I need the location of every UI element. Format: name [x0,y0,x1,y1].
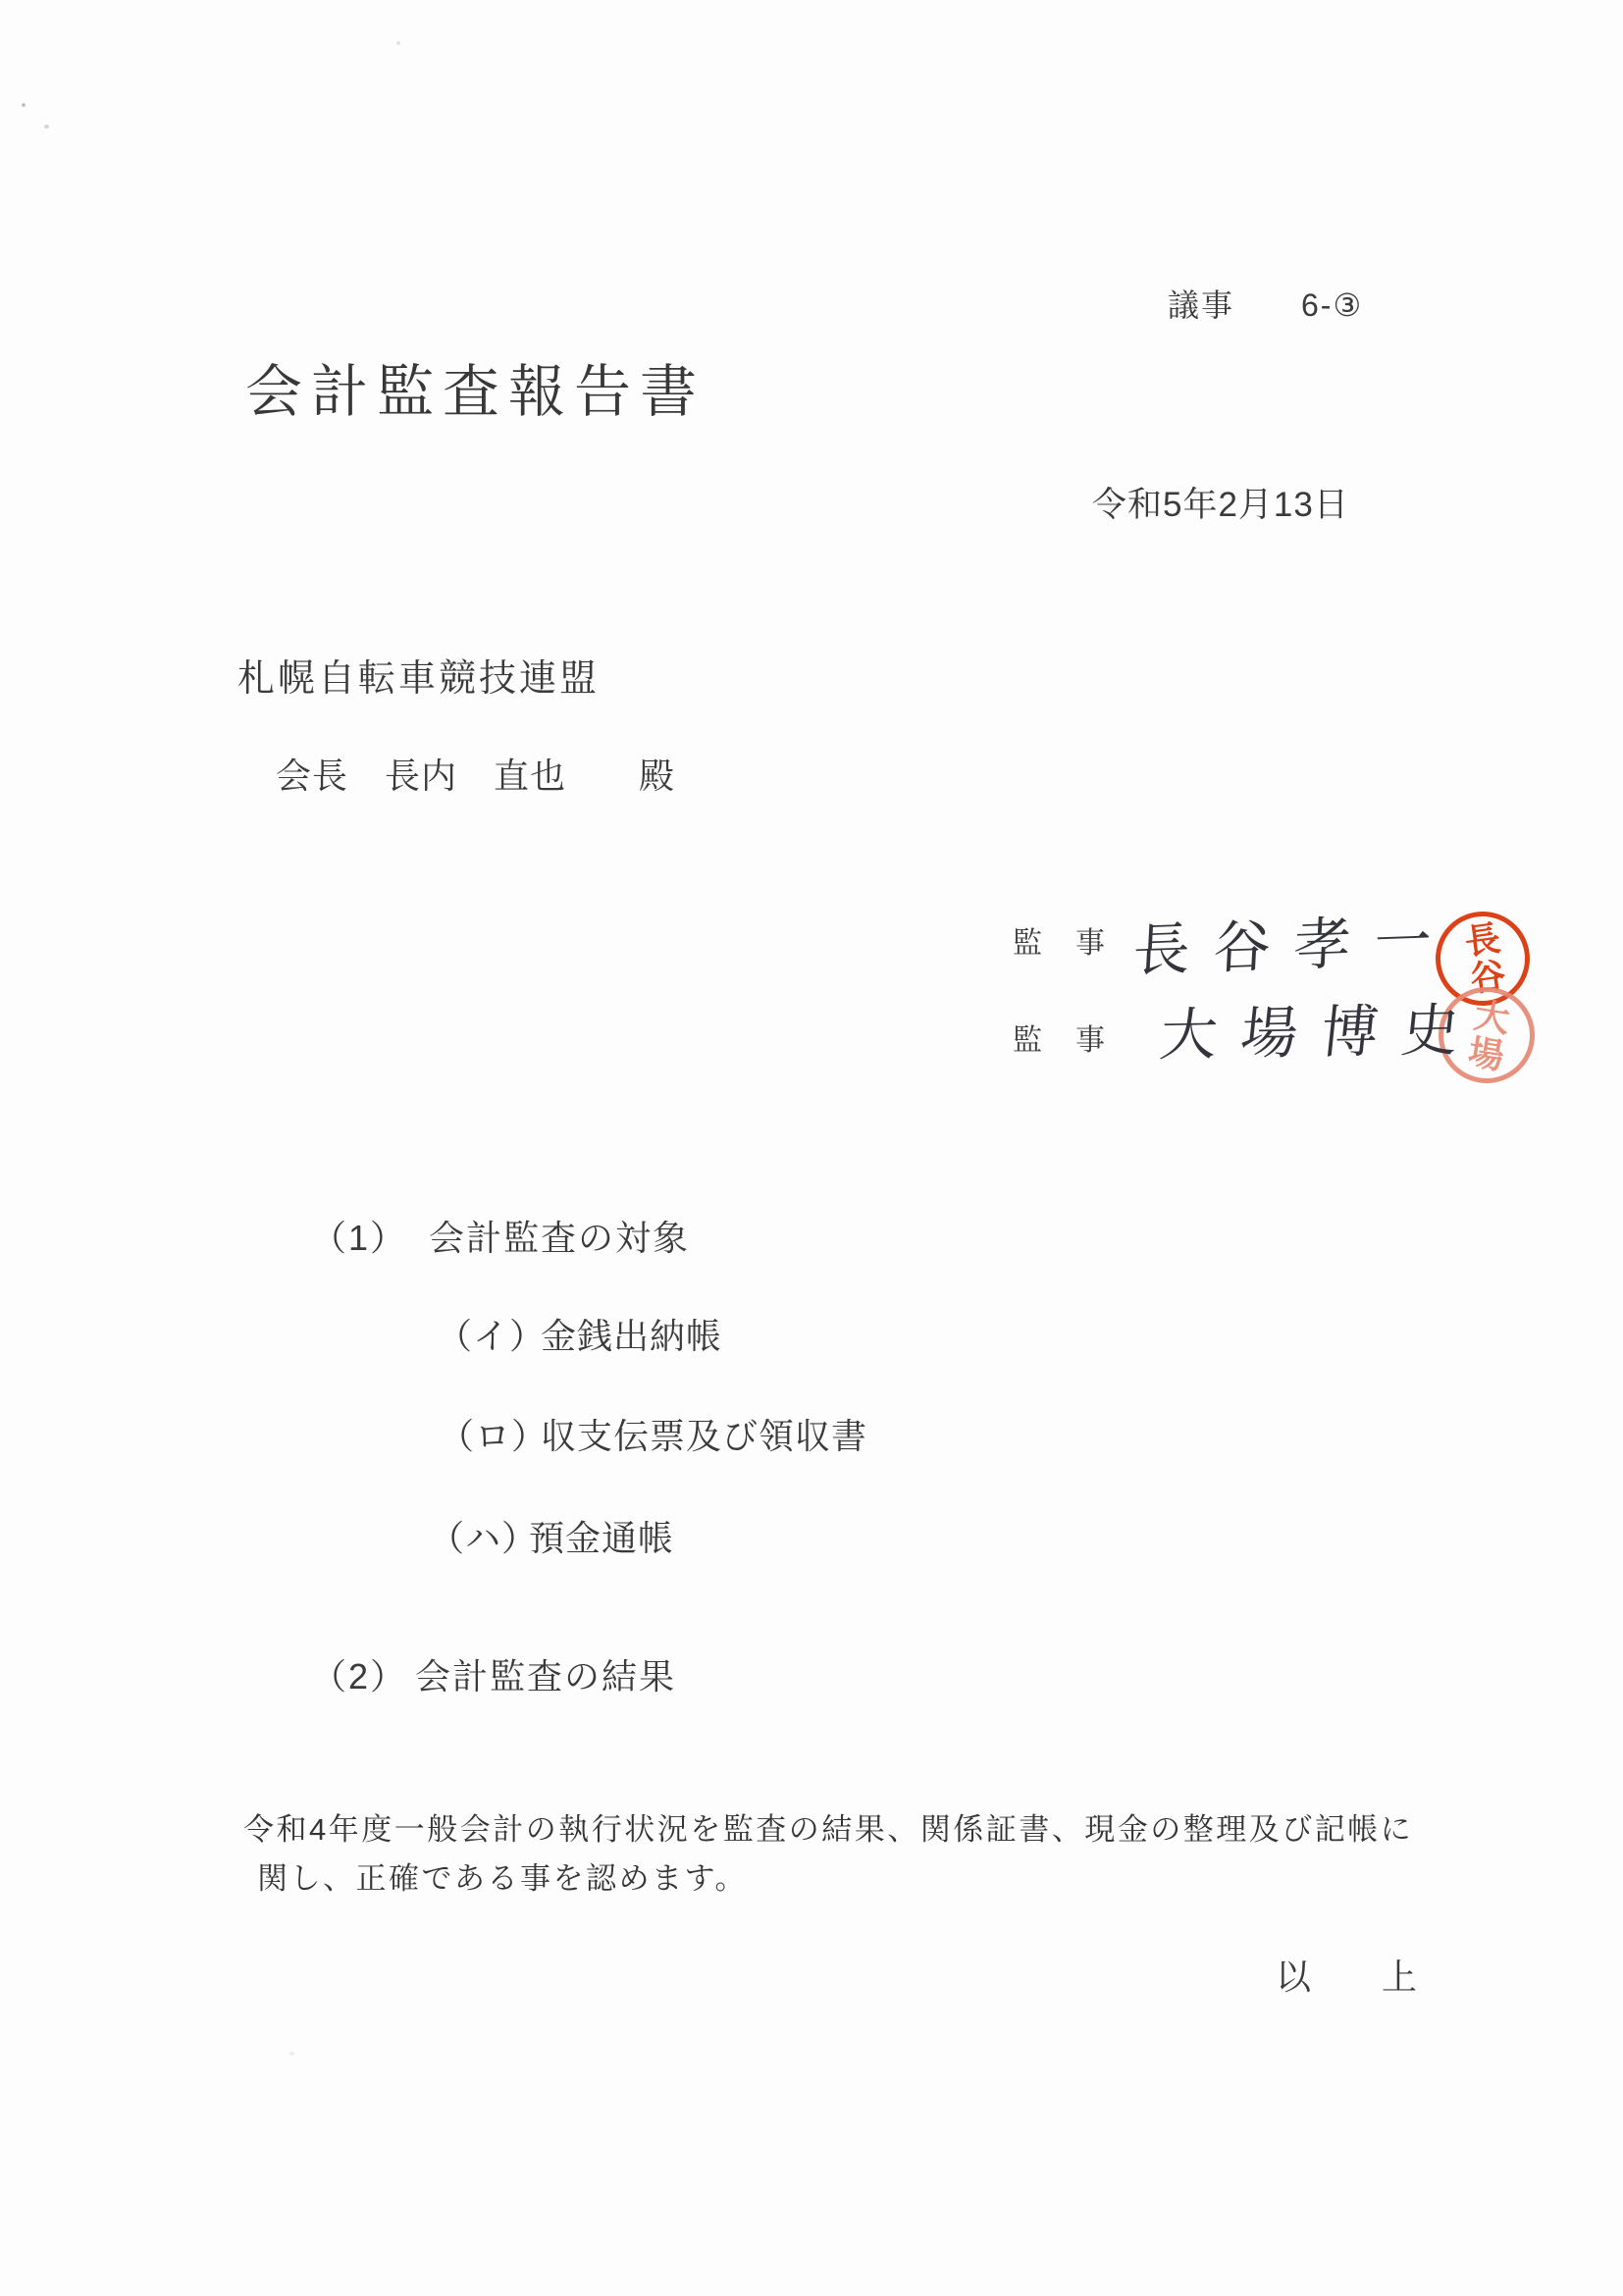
organization-name: 札幌自転車競技連盟 [237,648,600,702]
auditor-signature-2: 大場博史 [1157,983,1488,1071]
audit-item-1-text: 金銭出納帳 [541,1309,722,1359]
result-paragraph-line-1: 令和4年度一般会計の執行状況を監査の結果、関係証書、現金の整理及び記帳に [243,1804,1413,1849]
closing-statement: 以 上 [1276,1950,1417,2000]
doc-reference-number: 議事 6-③ [1168,281,1363,326]
addressee-line: 会長 長内 直也 殿 [276,749,675,799]
scan-speck [289,2052,294,2056]
result-paragraph-line-2: 関し、正確である事を認めます。 [257,1853,748,1898]
scan-speck [44,125,49,129]
page-title: 会計監査報告書 [245,345,706,428]
audit-item-3-text: 預金通帳 [529,1511,674,1561]
auditor-signature-1: 長谷孝一 [1131,893,1457,987]
scan-speck [396,41,400,45]
section-2-number: （2） [311,1649,407,1699]
audit-item-1-label: （イ） [437,1309,546,1359]
auditor-role-label-1: 監 事 [1013,918,1107,962]
auditor-role-label-2: 監 事 [1013,1016,1107,1059]
section-1-number: （1） [311,1211,407,1261]
audit-item-2-label: （ロ） [439,1409,548,1459]
scan-speck [22,103,26,107]
section-2-heading: 会計監査の結果 [415,1649,676,1699]
audit-item-3-label: （ハ） [429,1511,538,1561]
section-1-heading: 会計監査の対象 [429,1211,690,1261]
scanned-audit-report-page: 議事 6-③ 会計監査報告書 令和5年2月13日 札幌自転車競技連盟 会長 長内… [0,0,1623,2296]
audit-item-2-text: 収支伝票及び領収書 [541,1409,867,1459]
document-date: 令和5年2月13日 [1092,478,1349,527]
